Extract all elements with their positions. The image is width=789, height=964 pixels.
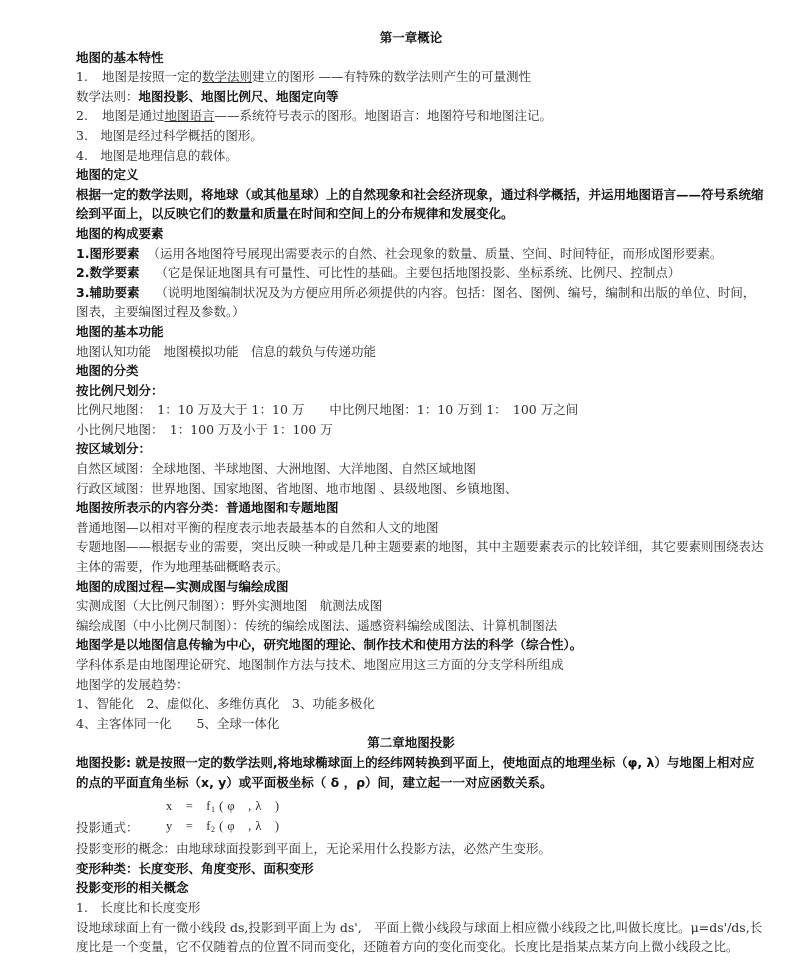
- region-line-2: 行政区域图：世界地图、国家地图、省地图、地市地图 、县级地图、乡镇地图、: [76, 479, 776, 499]
- text: 地图是按照一定的: [102, 69, 202, 84]
- thematic-map-text: 专题地图——根据专业的需要，突出反映一种或是几种主题要素的地图，其中主题要素表示…: [76, 537, 766, 576]
- projection-definition: 地图投影: 就是按照一定的数学法则,将地球椭球面上的经纬网转换到平面上，使地面点…: [76, 753, 766, 792]
- text: 地图是通过: [102, 108, 165, 123]
- formula-y: y = f2 ( φ , λ ): [166, 816, 280, 834]
- element-item-math: 2.数学要素 （它是保证地图具有可量性、可比性的基础。主要包括地图投影、坐标系统…: [76, 263, 776, 283]
- chapter1-title: 第一章概论: [76, 28, 746, 48]
- element-label: 2.数学要素: [76, 265, 139, 280]
- element-desc: （它是保证地图具有可量性、可比性的基础。主要包括地图投影、坐标系统、比例尺、控制…: [155, 265, 680, 280]
- element-label: 1.图形要素: [76, 246, 139, 261]
- formula-x: x = f1 ( φ , λ ): [166, 796, 280, 814]
- feature-item-2: 2.地图是通过地图语言——系统符号表示的图形。地图语言：地图符号和地图注记。: [76, 106, 776, 126]
- heading-definition: 地图的定义: [76, 165, 776, 185]
- element-item-graphic: 1.图形要素 （运用各地图符号展现出需要表示的自然、社会现象的数量、质量、空间、…: [76, 244, 776, 264]
- element-desc: （说明地图编制状况及为方便应用所必须提供的内容。包括：图名、图例、编号，编制和出…: [76, 285, 755, 320]
- feature-item-3: 3. 地图是经过科学概括的图形。: [76, 126, 776, 146]
- distortion-concept: 投影变形的概念：由地球球面投影到平面上，无论采用什么投影方法，必然产生变形。: [76, 839, 776, 859]
- underlined-term: 地图语言: [164, 108, 214, 123]
- cartography-system: 学科体系是由地图理论研究、地图制作方法与技术、地图应用这三方面的分支学科所组成: [76, 655, 776, 675]
- heading-basic-features: 地图的基本特性: [76, 48, 776, 68]
- functions-text: 地图认知功能 地图模拟功能 信息的载负与传递功能: [76, 342, 776, 362]
- region-line-1: 自然区域图：全球地图、半球地图、大洲地图、大洋地图、自然区域地图: [76, 459, 776, 479]
- cartography-definition: 地图学是以地图信息传输为中心，研究地图的理论、制作技术和使用方法的科学（综合性）…: [76, 635, 776, 655]
- scale-line-2: 小比例尺地图： 1：100 万及小于 1：100 万: [76, 420, 776, 440]
- item-number: 1.: [76, 69, 88, 84]
- trend-line-2: 4、主客体同一化 5、全球一体化: [76, 714, 776, 734]
- heading-related-concepts: 投影变形的相关概念: [76, 878, 776, 898]
- element-desc: （运用各地图符号展现出需要表示的自然、社会现象的数量、质量、空间、时间特征，而形…: [147, 246, 722, 261]
- process-line-1: 实测成图（大比例尺制图）：野外实测地图 航测法成图: [76, 596, 776, 616]
- element-label: 3.辅助要素: [76, 285, 139, 300]
- formula-lhs: x = f: [166, 799, 211, 813]
- chapter2-title: 第二章地图投影: [76, 733, 746, 753]
- document-page: 第一章概论 地图的基本特性 1.地图是按照一定的数学法则建立的图形 ——有特殊的…: [76, 28, 776, 957]
- formula-rhs: ( φ , λ ): [215, 799, 279, 813]
- underlined-term: 数学法则: [202, 69, 252, 84]
- label: 数学法则：: [76, 89, 139, 104]
- length-item: 1. 长度比和长度变形: [76, 898, 776, 918]
- formula-rhs: ( φ , λ ): [215, 819, 279, 833]
- value: 地图投影、地图比例尺、地图定向等: [139, 89, 339, 104]
- element-item-auxiliary: 3.辅助要素 （说明地图编制状况及为方便应用所必须提供的内容。包括：图名、图例、…: [76, 283, 766, 322]
- formula-lhs: y = f: [166, 819, 211, 833]
- general-map-text: 普通地图—以相对平衡的程度表示地表最基本的自然和人文的地图: [76, 518, 776, 538]
- heading-classification: 地图的分类: [76, 361, 776, 381]
- text: ——系统符号表示的图形。地图语言：地图符号和地图注记。: [214, 108, 552, 123]
- formula-label: 投影通式：: [76, 818, 139, 836]
- trend-heading: 地图学的发展趋势：: [76, 675, 776, 695]
- feature-item-1: 1.地图是按照一定的数学法则建立的图形 ——有特殊的数学法则产生的可量测性: [76, 67, 776, 87]
- item-number: 2.: [76, 108, 88, 123]
- projection-formula: x = f1 ( φ , λ ) y = f2 ( φ , λ ) 投影通式：: [76, 796, 776, 836]
- text: 建立的图形 ——有特殊的数学法则产生的可量测性: [252, 69, 531, 84]
- heading-functions: 地图的基本功能: [76, 322, 776, 342]
- feature-item-4: 4. 地图是地理信息的载体。: [76, 146, 776, 166]
- heading-elements: 地图的构成要素: [76, 224, 776, 244]
- heading-by-content: 地图按所表示的内容分类：普通地图和专题地图: [76, 498, 776, 518]
- scale-line-1: 比例尺地图： 1：10 万及大于 1：10 万 中比例尺地图：1：10 万到 1…: [76, 400, 776, 420]
- math-rule-line: 数学法则：地图投影、地图比例尺、地图定向等: [76, 87, 776, 107]
- trend-line-1: 1、智能化 2、虚似化、多维仿真化 3、功能多极化: [76, 694, 776, 714]
- heading-process: 地图的成图过程—实测成图与编绘成图: [76, 577, 776, 597]
- heading-by-scale: 按比例尺划分：: [76, 381, 776, 401]
- distortion-types: 变形种类：长度变形、角度变形、面积变形: [76, 859, 776, 879]
- process-line-2: 编绘成图（中小比例尺制图）：传统的编绘成图法、遥感资料编绘成图法、计算机制图法: [76, 616, 776, 636]
- heading-by-region: 按区域划分：: [76, 439, 776, 459]
- length-text: 设地球球面上有一微小线段 ds,投影到平面上为 ds', 平面上微小线段与球面上…: [76, 918, 766, 957]
- definition-text: 根据一定的数学法则，将地球（或其他星球）上的自然现象和社会经济现象，通过科学概括…: [76, 185, 766, 224]
